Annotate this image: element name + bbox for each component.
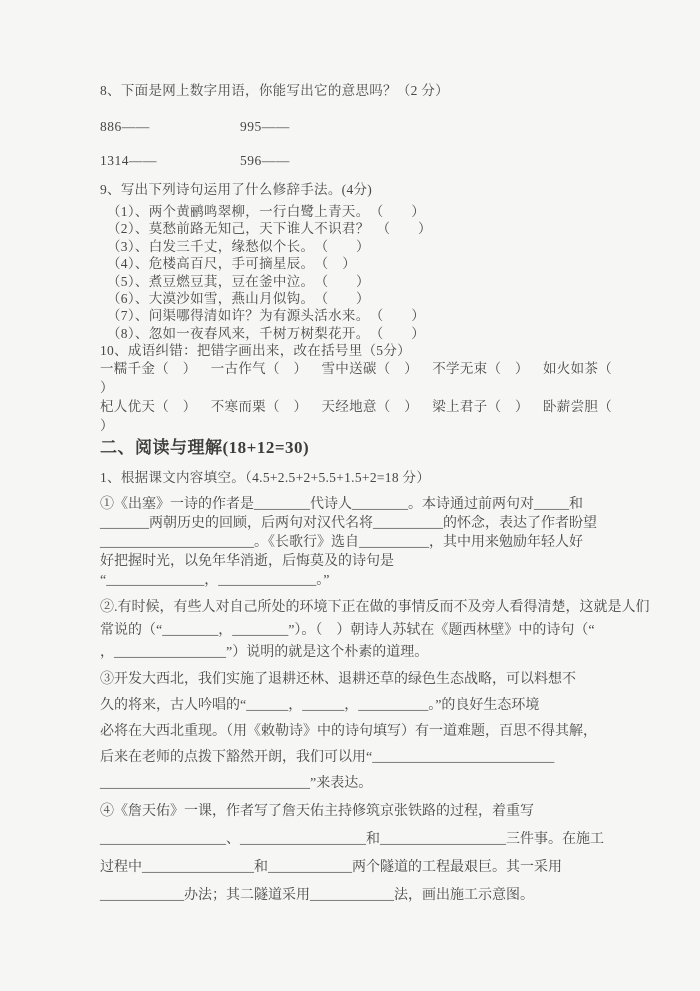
question-9-title: 9、写出下列诗句运用了什么修辞手法。(4分) bbox=[100, 182, 612, 197]
fill-in-paragraph-3: ③开发大西北，我们实施了退耕还林、退耕还草的绿色生态战略，可以料想不 久的将来，… bbox=[100, 667, 612, 797]
poem-item-8: （8）、忽如一夜春风来，千树万树梨花开。 （ ） bbox=[107, 325, 612, 342]
exam-page: 8、下面是网上数字用语，你能写出它的意思吗？（2 分） 886—— 995—— … bbox=[0, 0, 700, 991]
digit-term-596: 596—— bbox=[240, 153, 380, 168]
idiom-row-2: 杞人优天（ ） 不寒而栗（ ） 天经地意（ ） 梁上君子（ ） 卧薪尝胆（ bbox=[100, 399, 612, 415]
paragraph-3-line-5: ______________________________”来表达。 bbox=[100, 771, 612, 797]
idiom-item: 不学无束（ ） bbox=[432, 361, 529, 377]
poem-item-7: （7）、问渠哪得清如许？为有源头活水来。 （ ） bbox=[107, 307, 612, 324]
idiom-item: 一古作气（ ） bbox=[211, 361, 308, 377]
paragraph-1-line-4: 好把握时光，以免年华消逝，后悔莫及的诗句是 bbox=[100, 552, 612, 571]
paragraph-1-line-2: _______两朝历史的回顾，后两句对汉代名将__________的怀念，表达了… bbox=[100, 514, 612, 533]
idiom-item: 卧薪尝胆（ bbox=[543, 399, 612, 415]
idiom-item: 如火如茶（ bbox=[543, 361, 612, 377]
poem-item-1: （1）、两个黄鹂鸣翠柳，一行白鹭上青天。 （ ） bbox=[107, 203, 612, 220]
digit-term-1314: 1314—— bbox=[100, 153, 240, 168]
idiom-item: 雪中送碳（ ） bbox=[322, 361, 419, 377]
poem-item-6: （6）、大漠沙如雪，燕山月似钩。 （ ） bbox=[107, 290, 612, 307]
paragraph-3-line-3: 必将在大西北重现。（用《敕勒诗》中的诗句填写）有一道难题，百思不得其解， bbox=[100, 719, 612, 745]
fill-in-paragraph-4: ④《詹天佑》一课，作者写了詹天佑主持修筑京张铁路的过程，着重写 ________… bbox=[100, 798, 612, 910]
digit-slang-row-2: 1314—— 596—— bbox=[100, 153, 612, 168]
digit-term-995: 995—— bbox=[240, 119, 380, 134]
paragraph-1-line-5: “______________，______________。” bbox=[100, 571, 612, 590]
paragraph-3-line-2: 久的将来，古人吟唱的“______，______，__________。”的良好… bbox=[100, 693, 612, 719]
paragraph-4-line-4: ____________办法；其二隧道采用____________法，画出施工示… bbox=[100, 882, 612, 910]
idiom-item: 杞人优天（ ） bbox=[100, 399, 197, 415]
question-8-title: 8、下面是网上数字用语，你能写出它的意思吗？（2 分） bbox=[100, 83, 612, 98]
fill-in-paragraph-2: ②.有时候，有些人对自己所处的环境下正在做的事情反而不及旁人看得清楚，这就是人们… bbox=[100, 597, 612, 665]
idiom-item: 梁上君子（ ） bbox=[432, 399, 529, 415]
poem-item-2: （2）、莫愁前路无知己，天下谁人不识君？ （ ） bbox=[107, 220, 612, 237]
fill-in-paragraph-1: ①《出塞》一诗的作者是________代诗人________。本诗通过前两句对_… bbox=[100, 495, 612, 590]
paragraph-3-line-4: 后来在老师的点拨下豁然开朗，我们可以用“____________________… bbox=[100, 745, 612, 771]
idiom-item: 不寒而栗（ ） bbox=[211, 399, 308, 415]
idiom-row-2-close-paren: ） bbox=[100, 418, 612, 434]
paragraph-4-line-1: ④《詹天佑》一课，作者写了詹天佑主持修筑京张铁路的过程，着重写 bbox=[100, 798, 612, 826]
paragraph-2-line-3: ，________________”）说明的就是这个朴素的道理。 bbox=[100, 642, 612, 665]
paragraph-1-line-1: ①《出塞》一诗的作者是________代诗人________。本诗通过前两句对_… bbox=[100, 495, 612, 514]
paragraph-1-line-3: ______________________。《长歌行》选自__________… bbox=[100, 533, 612, 552]
paragraph-2-line-1: ②.有时候，有些人对自己所处的环境下正在做的事情反而不及旁人看得清楚，这就是人们 bbox=[100, 597, 612, 620]
paragraph-2-line-2: 常说的（“________，________”）。（ ）朝诗人苏轼在《题西林壁》… bbox=[100, 620, 612, 643]
poem-item-5: （5）、煮豆燃豆萁，豆在釜中泣。 （ ） bbox=[107, 273, 612, 290]
idiom-row-1-close-paren: ） bbox=[100, 380, 612, 396]
poem-item-4: （4）、危楼高百尺，手可摘星辰。 （ ） bbox=[107, 255, 612, 272]
section-2-heading: 二、阅读与理解(18+12=30) bbox=[100, 438, 612, 458]
paragraph-4-line-3: 过程中________________和____________两个隧道的工程最… bbox=[100, 854, 612, 882]
poem-item-3: （3）、白发三千丈，缘愁似个长。 （ ） bbox=[107, 238, 612, 255]
paragraph-4-line-2: __________________、__________________和__… bbox=[100, 826, 612, 854]
idiom-row-1: 一糯千金（ ） 一古作气（ ） 雪中送碳（ ） 不学无束（ ） 如火如茶（ bbox=[100, 361, 612, 377]
idiom-item: 天经地意（ ） bbox=[322, 399, 419, 415]
idiom-item: 一糯千金（ ） bbox=[100, 361, 197, 377]
section-2-question-1-title: 1、根据课文内容填空。（4.5+2.5+2+5.5+1.5+2=18 分） bbox=[100, 470, 612, 485]
digit-term-886: 886—— bbox=[100, 119, 240, 134]
poem-item-list: （1）、两个黄鹂鸣翠柳，一行白鹭上青天。 （ ） （2）、莫愁前路无知己，天下谁… bbox=[100, 203, 612, 342]
exam-content: 8、下面是网上数字用语，你能写出它的意思吗？（2 分） 886—— 995—— … bbox=[100, 0, 612, 910]
paragraph-3-line-1: ③开发大西北，我们实施了退耕还林、退耕还草的绿色生态战略，可以料想不 bbox=[100, 667, 612, 693]
question-10-title: 10、成语纠错：把错字画出来，改在括号里（5分） bbox=[100, 343, 612, 358]
digit-slang-row-1: 886—— 995—— bbox=[100, 119, 612, 134]
